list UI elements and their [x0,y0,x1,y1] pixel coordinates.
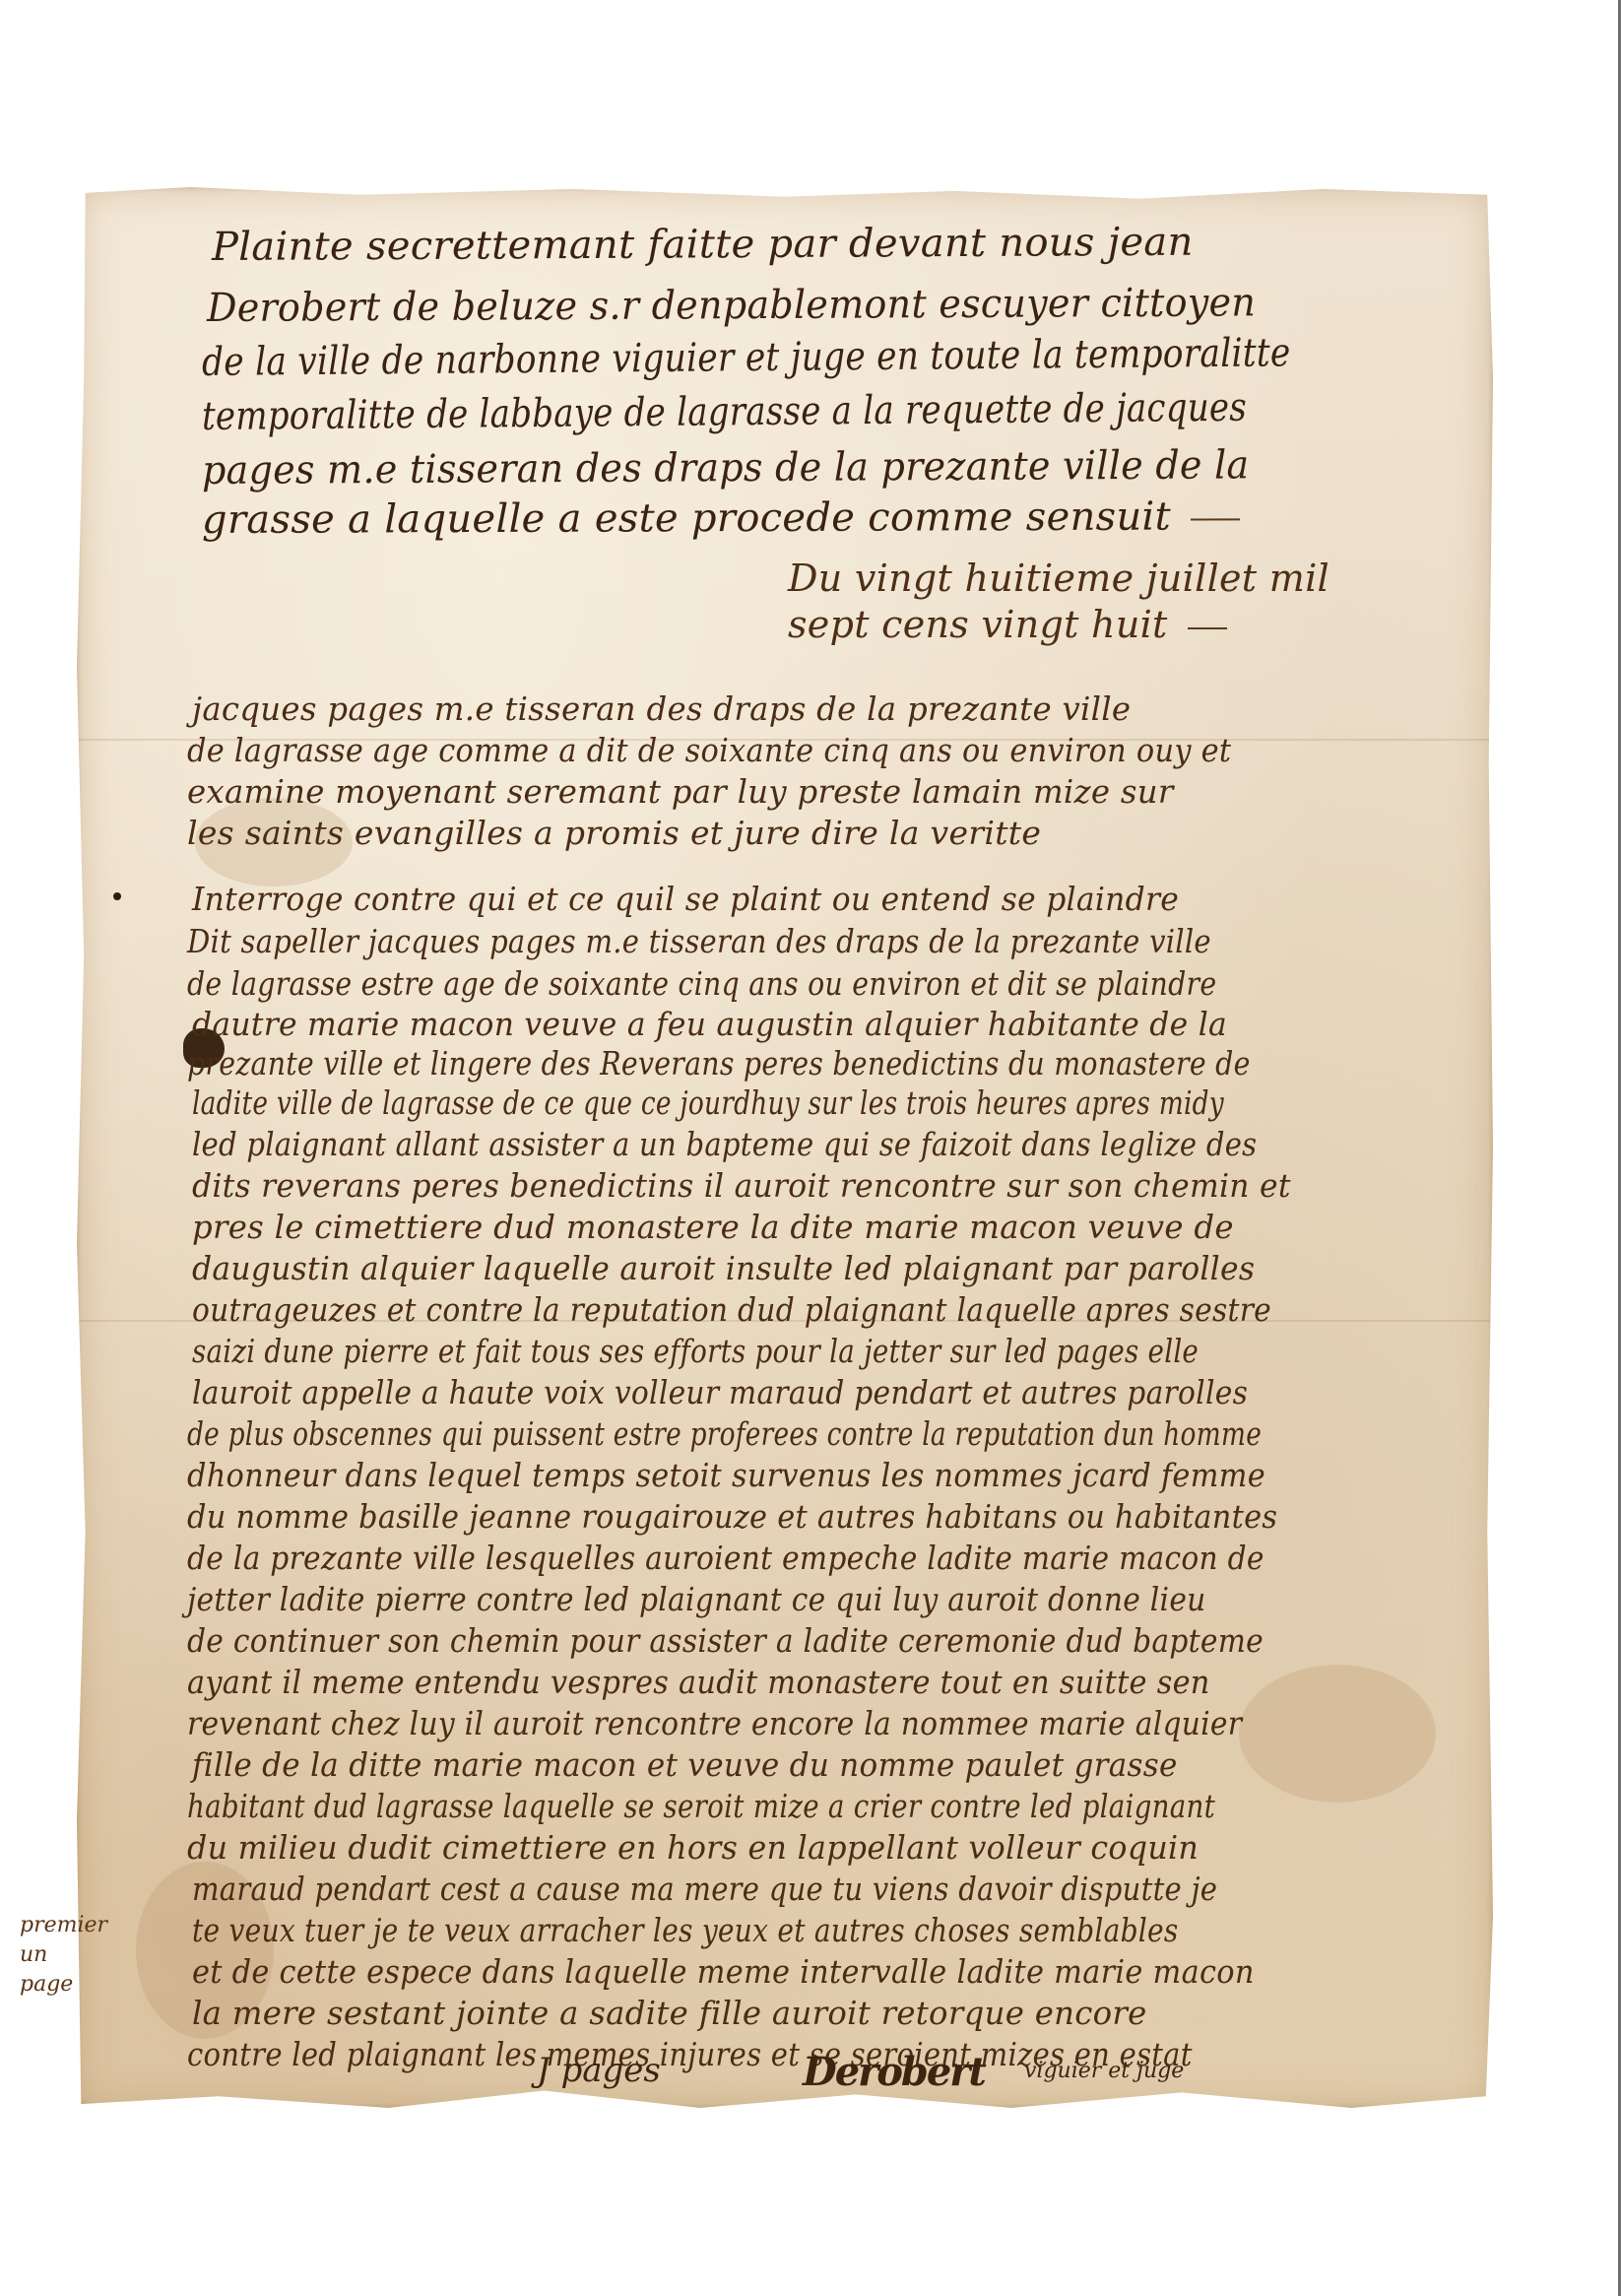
margin-note: premier un page [20,1911,128,2000]
line-filler-dash [1188,627,1227,629]
body-line: la mere sestant jointe a sadite fille au… [192,1994,1147,2032]
body-line: de la prezante ville lesquelles auroient… [187,1539,1264,1577]
identity-line: examine moyenant seremant par luy preste… [187,772,1174,811]
body-line: lauroit appelle a haute voix volleur mar… [192,1373,1248,1411]
stain [1239,1665,1436,1803]
date-line-text: sept cens vingt huit [788,603,1168,646]
body-line: de lagrasse estre age de soixante cinq a… [187,964,1216,1003]
heading-line: Plainte secrettemant faitte par devant n… [212,220,1194,270]
body-line: prezante ville et lingere des Reverans p… [187,1044,1251,1082]
body-line: pres le cimettiere dud monastere la dite… [192,1208,1234,1246]
heading-line-text: grasse a laquelle a este procede comme s… [202,494,1171,543]
identity-line: jacques pages m.e tisseran des draps de … [192,689,1131,728]
heading-line: temporalitte de labbaye de lagrasse a la… [202,385,1247,439]
body-line: maraud pendart cest a cause ma mere que … [192,1870,1217,1908]
body-line: de continuer son chemin pour assister a … [187,1621,1264,1660]
identity-line: les saints evangilles a promis et jure d… [187,814,1041,852]
body-line: jetter ladite pierre contre led plaignan… [187,1580,1206,1618]
body-line: Dit sapeller jacques pages m.e tisseran … [187,922,1211,960]
body-line: te veux tuer je te veux arracher les yeu… [192,1911,1179,1949]
date-line: sept cens vingt huit [788,603,1227,646]
body-line: de plus obscennes qui puissent estre pro… [187,1414,1262,1453]
body-line: led plaignant allant assister a un bapte… [192,1125,1257,1163]
heading-line: Derobert de beluze s.r denpablemont escu… [207,280,1256,331]
body-line: du nomme basille jeanne rougairouze et a… [187,1497,1277,1536]
identity-line: de lagrasse age comme a dit de soixante … [187,731,1231,769]
body-line: dhonneur dans lequel temps setoit surven… [187,1456,1265,1494]
heading-line: grasse a laquelle a este procede comme s… [202,493,1240,543]
body-line: dits reverans peres benedictins il auroi… [192,1166,1291,1205]
ink-dot [113,892,121,900]
heading-line: de la ville de narbonne viguier et juge … [202,330,1291,385]
body-line: fille de la ditte marie macon et veuve d… [192,1745,1178,1784]
body-line: et de cette espece dans laquelle meme in… [192,1952,1255,1991]
margin-note-line: premier [20,1911,128,1940]
body-line: revenant chez luy il auroit rencontre en… [187,1704,1242,1742]
date-line: Du vingt huitieme juillet mil [788,557,1329,600]
body-line: ladite ville de lagrasse de ce que ce jo… [192,1083,1224,1122]
heading-line: pages m.e tisseran des draps de la preza… [202,442,1250,493]
body-line: habitant dud lagrasse laquelle se seroit… [187,1787,1215,1825]
body-line: Interroge contre qui et ce quil se plain… [192,880,1179,918]
body-line: du milieu dudit cimettiere en hors en la… [187,1828,1199,1867]
body-line: saizi dune pierre et fait tous ses effor… [192,1332,1199,1370]
signature-pages: J pages [537,2051,661,2090]
body-line: ayant il meme entendu vespres audit mona… [187,1663,1210,1701]
signature-title: viguier et juge [1024,2059,1184,2083]
body-line: dautre marie macon veuve a feu augustin … [192,1005,1227,1043]
margin-note-line: page [20,1970,128,2000]
margin-note-line: un [20,1940,128,1970]
line-filler-dash [1191,518,1240,520]
body-line: outrageuzes et contre la reputation dud … [192,1290,1271,1329]
signature-derobert: Derobert [803,2049,985,2095]
body-line: daugustin alquier laquelle auroit insult… [192,1249,1255,1287]
